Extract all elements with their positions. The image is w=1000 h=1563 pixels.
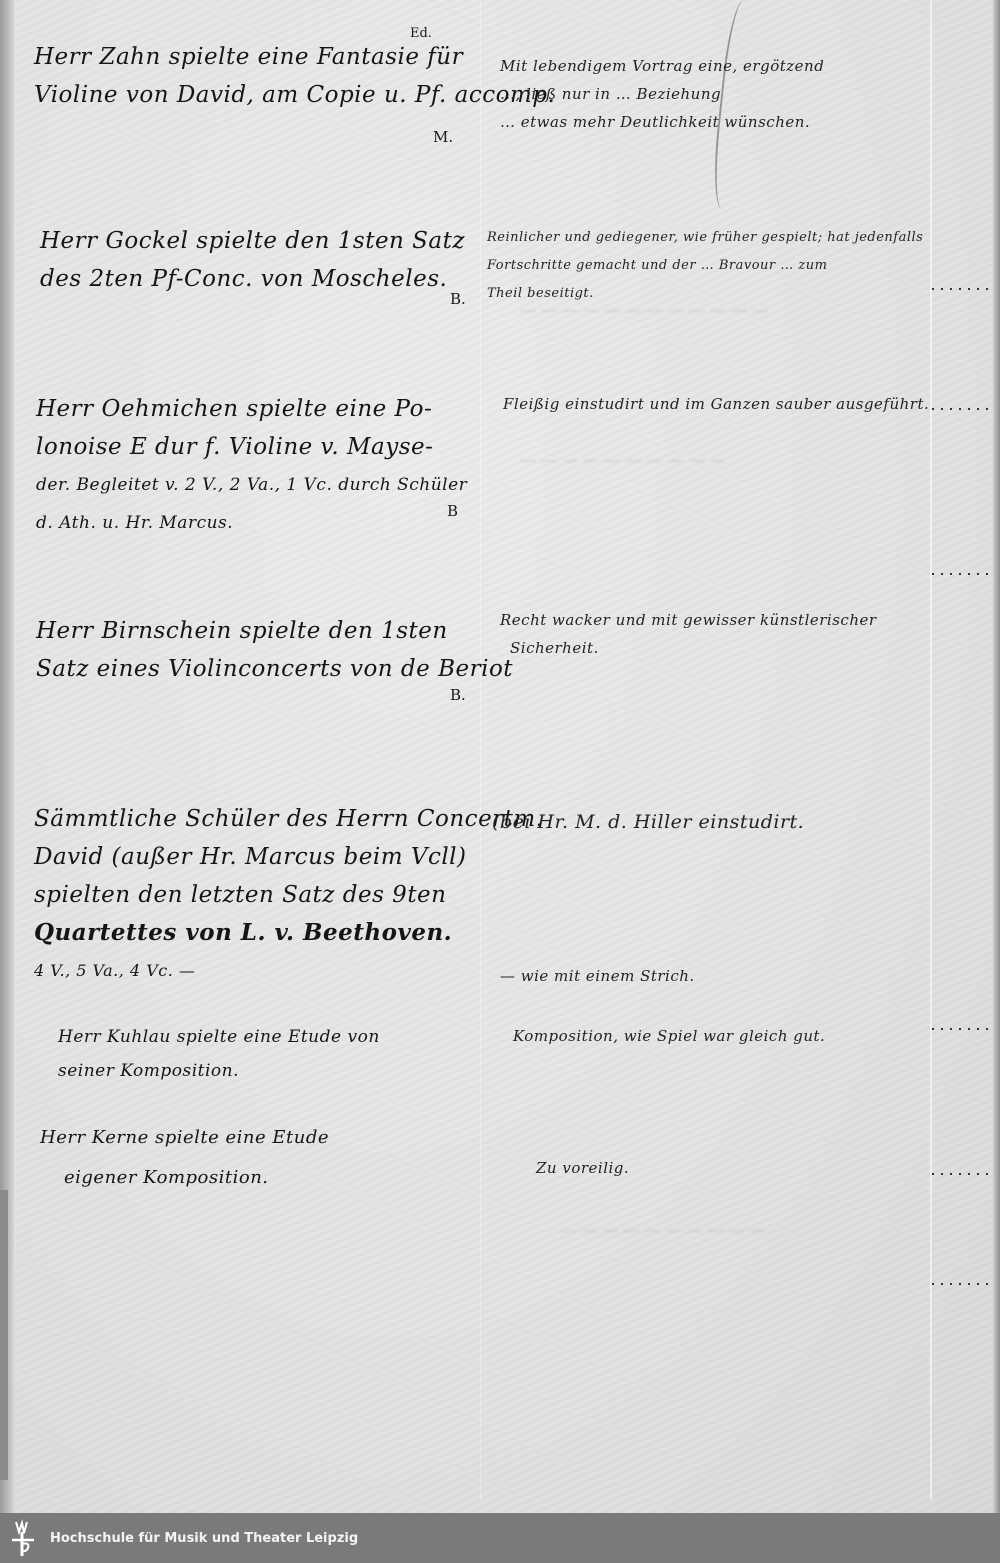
remark-line: Komposition, wie Spiel war gleich gut. (513, 1022, 825, 1050)
remark-entry: Fleißig einstudirt und im Ganzen sauber … (503, 390, 929, 418)
performance-entry: Herr Kerne spielte eine Etude eigener Ko… (40, 1118, 329, 1198)
performance-entry: Herr Gockel spielte den 1sten Satz des 2… (40, 222, 465, 298)
performance-entry: Sämmtliche Schüler des Herrn Concertm. D… (34, 800, 544, 990)
margin-dots (932, 1173, 992, 1175)
performance-line: lonoise E dur f. Violine v. Mayse- (36, 428, 467, 466)
superscript-annotation: Ed. (410, 26, 432, 41)
page-margin-line (930, 0, 932, 1500)
remark-entry: Mit lebendigem Vortrag eine, ergötzend …… (500, 52, 824, 136)
grade-mark: B (447, 502, 458, 520)
remark-entry: Komposition, wie Spiel war gleich gut. (513, 1022, 825, 1050)
remark-line: Mit lebendigem Vortrag eine, ergötzend (500, 52, 824, 80)
remark-line: Recht wacker und mit gewisser künstleris… (500, 606, 877, 634)
performance-line: der. Begleitet v. 2 V., 2 Va., 1 Vc. dur… (36, 466, 467, 504)
margin-dots (932, 408, 992, 410)
bleed-through-text: — — — — — — — — — — (560, 1220, 766, 1239)
performance-line: des 2ten Pf-Conc. von Moscheles. (40, 260, 465, 298)
performance-line: eigener Komposition. (40, 1158, 329, 1198)
remark-line: Zu voreilig. (536, 1154, 629, 1182)
performance-entry: Herr Birnschein spielte den 1sten Satz e… (36, 612, 513, 688)
performance-line: Quartettes von L. v. Beethoven. (34, 914, 544, 952)
performance-line: d. Ath. u. Hr. Marcus. (36, 504, 467, 542)
performance-entry: Herr Zahn spielte eine Fantasie für Viol… (34, 38, 555, 114)
remark-entry: Recht wacker und mit gewisser künstleris… (500, 606, 877, 662)
performance-entry: Herr Oehmichen spielte eine Po- lonoise … (36, 390, 467, 542)
remark-entry: Reinlicher und gediegener, wie früher ge… (487, 224, 923, 308)
remark-line: Fortschritte gemacht und der … Bravour …… (487, 252, 923, 280)
manuscript-page: — — — — — — — — — — — — — — — — — — — — … (0, 0, 1000, 1513)
remark-line: Fleißig einstudirt und im Ganzen sauber … (503, 390, 929, 418)
grade-mark: M. (433, 128, 453, 146)
remark-line: …, ließ nur in … Beziehung (500, 80, 824, 108)
performance-entry: Herr Kuhlau spielte eine Etude von seine… (58, 1020, 380, 1088)
performance-line: Herr Zahn spielte eine Fantasie für (34, 38, 555, 76)
performance-line: spielten den letzten Satz des 9ten (34, 876, 544, 914)
hmt-leipzig-logo-icon (10, 1518, 36, 1558)
page-right-shadow (993, 0, 1000, 1513)
remark-line: Sicherheit. (500, 634, 877, 662)
performance-line: Herr Kuhlau spielte eine Etude von (58, 1020, 380, 1054)
margin-dots (932, 1283, 992, 1285)
bleed-through-text: — — — — — — — — — — (520, 450, 726, 469)
performance-line: Satz eines Violinconcerts von de Beriot (36, 650, 513, 688)
remark-entry: — wie mit einem Strich. (500, 962, 695, 990)
paper-fold-crease (480, 0, 481, 1500)
margin-dots (932, 573, 992, 575)
performance-line: seiner Komposition. (58, 1054, 380, 1088)
grade-mark: B. (450, 290, 466, 308)
margin-dots (932, 288, 992, 290)
grade-mark: B. (450, 686, 466, 704)
performance-line: Herr Gockel spielte den 1sten Satz (40, 222, 465, 260)
remark-line: … etwas mehr Deutlichkeit wünschen. (500, 108, 824, 136)
performance-line: Herr Kerne spielte eine Etude (40, 1118, 329, 1158)
institution-name: Hochschule für Musik und Theater Leipzig (50, 1531, 358, 1546)
performance-line: Herr Birnschein spielte den 1sten (36, 612, 513, 650)
remark-line: — wie mit einem Strich. (500, 962, 695, 990)
performance-line: Violine von David, am Copie u. Pf. accom… (34, 76, 555, 114)
page-tab-edge (0, 1190, 8, 1480)
footer-bar: Hochschule für Musik und Theater Leipzig (0, 1513, 1000, 1563)
remark-entry: Zu voreilig. (536, 1154, 629, 1182)
margin-dots (932, 1028, 992, 1030)
remark-line: Theil beseitigt. (487, 280, 923, 308)
remark-line: (bei Hr. M. d. Hiller einstudirt. (492, 808, 804, 836)
remark-line: Reinlicher und gediegener, wie früher ge… (487, 224, 923, 252)
performance-line: Herr Oehmichen spielte eine Po- (36, 390, 467, 428)
performance-line: Sämmtliche Schüler des Herrn Concertm. (34, 800, 544, 838)
performance-line: David (außer Hr. Marcus beim Vcll) (34, 838, 544, 876)
performance-line: 4 V., 5 Va., 4 Vc. — (34, 952, 544, 990)
remark-entry: (bei Hr. M. d. Hiller einstudirt. (492, 808, 804, 836)
